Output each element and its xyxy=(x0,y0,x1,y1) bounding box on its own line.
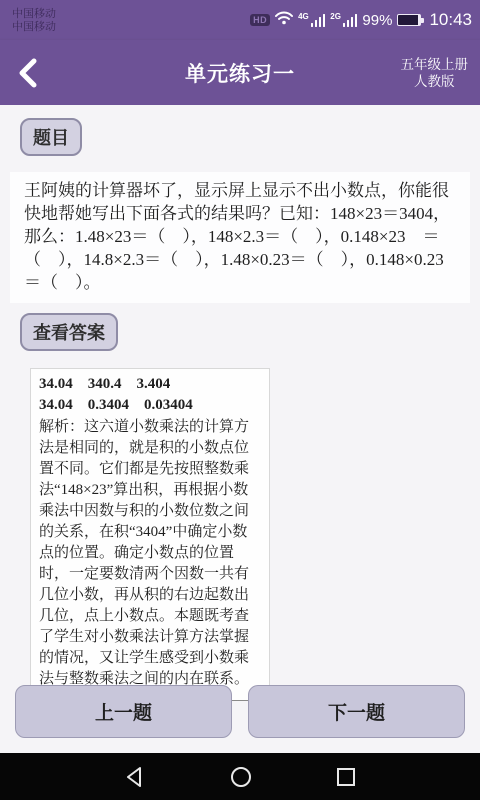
view-answer-button[interactable]: 查看答案 xyxy=(20,313,118,351)
wifi-icon xyxy=(275,11,293,30)
battery-percent: 99% xyxy=(362,12,392,29)
hd-volte-icon: HD xyxy=(250,14,270,26)
status-time: 10:43 xyxy=(429,10,472,30)
phone-screen: 中国移动 中国移动 HD 4G 2G 99% 10:43 xyxy=(0,0,480,800)
answer-values-row-1: 34.04 340.4 3.404 xyxy=(39,374,262,395)
edition-line-1: 五年级上册 xyxy=(401,56,469,73)
answer-values-row-2: 34.04 0.3404 0.03404 xyxy=(39,395,262,416)
previous-question-button[interactable]: 上一题 xyxy=(15,685,232,738)
nav-back-icon[interactable] xyxy=(124,766,146,788)
answer-box: 34.04 340.4 3.404 34.04 0.3404 0.03404 解… xyxy=(30,368,270,701)
app-header: 单元练习一 五年级上册 人教版 xyxy=(0,40,480,105)
status-bar: 中国移动 中国移动 HD 4G 2G 99% 10:43 xyxy=(0,0,480,40)
question-text: 王阿姨的计算器坏了，显示屏上显示不出小数点，你能很快地帮她写出下面各式的结果吗？… xyxy=(24,181,450,292)
battery-icon xyxy=(397,14,421,26)
answer-explanation: 解析：这六道小数乘法的计算方法是相同的，就是积的小数点位置不同。它们都是先按照整… xyxy=(39,417,262,690)
nav-home-icon[interactable] xyxy=(229,765,253,789)
next-question-button[interactable]: 下一题 xyxy=(248,685,465,738)
carrier-labels: 中国移动 中国移动 xyxy=(12,6,56,34)
question-box: 王阿姨的计算器坏了，显示屏上显示不出小数点，你能很快地帮她写出下面各式的结果吗？… xyxy=(10,172,470,303)
edition-line-2: 人教版 xyxy=(401,73,469,90)
nav-recents-icon[interactable] xyxy=(336,767,356,787)
android-nav-bar xyxy=(0,753,480,800)
question-nav-footer: 上一题 下一题 xyxy=(0,685,480,738)
carrier-line-2: 中国移动 xyxy=(12,21,56,34)
status-icons: HD 4G 2G 99% 10:43 xyxy=(250,10,472,30)
signal-4g-icon: 4G xyxy=(298,14,325,27)
book-edition-label: 五年级上册 人教版 xyxy=(401,56,469,90)
carrier-line-1: 中国移动 xyxy=(12,8,56,21)
signal-2g-icon: 2G xyxy=(330,14,357,27)
question-section-label: 题目 xyxy=(20,118,82,156)
content-area: 题目 王阿姨的计算器坏了，显示屏上显示不出小数点，你能很快地帮她写出下面各式的结… xyxy=(0,105,480,753)
